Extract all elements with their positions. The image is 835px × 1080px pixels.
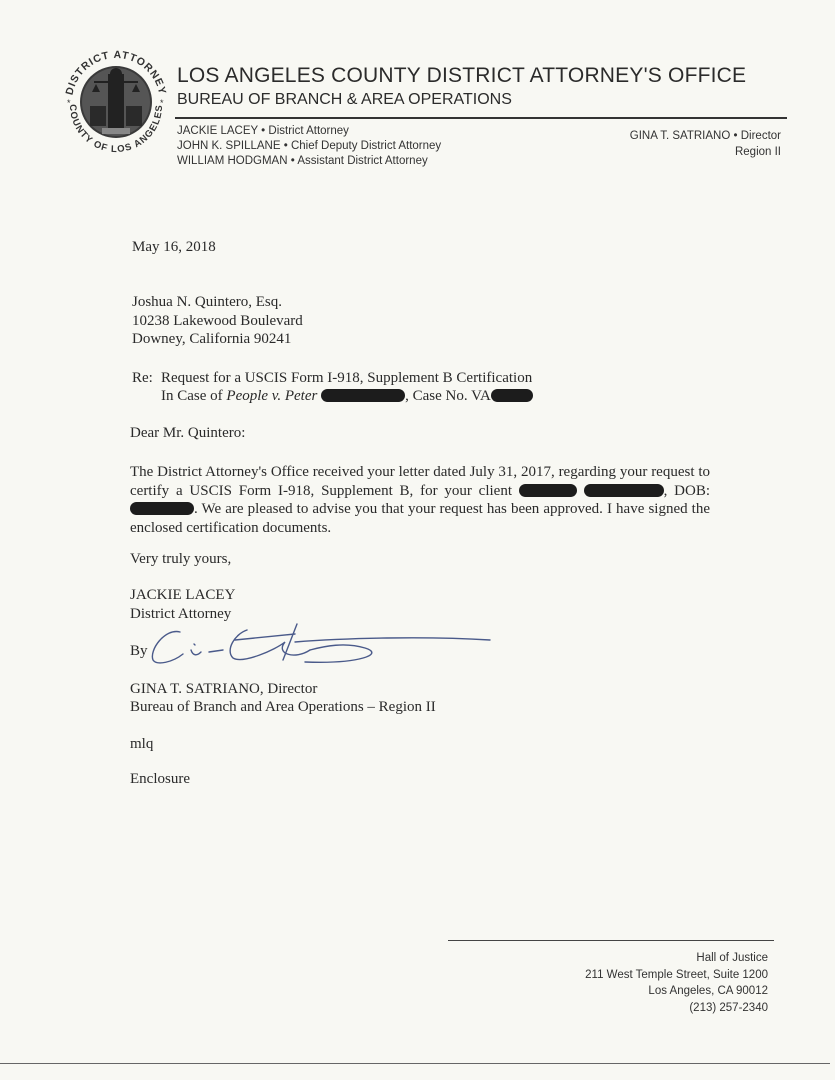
letter-date: May 16, 2018 bbox=[132, 239, 216, 256]
signatory-name: GINA T. SATRIANO, Director bbox=[130, 681, 317, 698]
redacted-client-last-name bbox=[584, 484, 664, 497]
recipient-address: Joshua N. Quintero, Esq. 10238 Lakewood … bbox=[132, 293, 303, 349]
director-block: GINA T. SATRIANO • Director Region II bbox=[630, 128, 781, 160]
footer-building: Hall of Justice bbox=[585, 950, 768, 967]
svg-text:*: * bbox=[67, 98, 71, 108]
body-paragraph: The District Attorney's Office received … bbox=[130, 463, 710, 537]
recipient-street: 10238 Lakewood Boulevard bbox=[132, 312, 303, 331]
svg-text:*: * bbox=[160, 98, 164, 108]
letterhead-divider bbox=[175, 117, 787, 119]
closing: Very truly yours, bbox=[130, 551, 231, 568]
letter-page: DISTRICT ATTORNEY COUNTY OF LOS ANGELES … bbox=[0, 0, 835, 1080]
signatory-department: Bureau of Branch and Area Operations – R… bbox=[130, 699, 436, 716]
staff-line-chief-deputy: JOHN K. SPILLANE • Chief Deputy District… bbox=[177, 140, 441, 152]
footer-phone: (213) 257-2340 bbox=[585, 1000, 768, 1017]
director-region: Region II bbox=[630, 144, 781, 160]
redacted-dob bbox=[130, 502, 194, 515]
district-attorney-seal-icon: DISTRICT ATTORNEY COUNTY OF LOS ANGELES … bbox=[58, 44, 174, 160]
bureau-name: BUREAU OF BRANCH & AREA OPERATIONS bbox=[177, 91, 512, 109]
office-title: LOS ANGELES COUNTY DISTRICT ATTORNEY'S O… bbox=[177, 64, 746, 88]
case-name: People v. Peter bbox=[226, 388, 317, 404]
redacted-surname bbox=[321, 389, 405, 402]
re-case-line: In Case of People v. Peter , Case No. VA bbox=[161, 388, 533, 405]
footer-street: 211 West Temple Street, Suite 1200 bbox=[585, 967, 768, 984]
footer-address: Hall of Justice 211 West Temple Street, … bbox=[585, 950, 768, 1016]
redacted-case-number bbox=[491, 389, 533, 402]
recipient-name: Joshua N. Quintero, Esq. bbox=[132, 293, 303, 312]
staff-line-assistant-da: WILLIAM HODGMAN • Assistant District Att… bbox=[177, 155, 428, 167]
signature-icon bbox=[145, 620, 495, 670]
typist-initials: mlq bbox=[130, 736, 153, 753]
re-label: Re: bbox=[132, 370, 153, 387]
enclosure-note: Enclosure bbox=[130, 771, 190, 788]
redacted-client-first-name bbox=[519, 484, 577, 497]
signer-name: JACKIE LACEY bbox=[130, 587, 235, 604]
footer-city: Los Angeles, CA 90012 bbox=[585, 983, 768, 1000]
salutation: Dear Mr. Quintero: bbox=[130, 425, 245, 442]
re-subject: Request for a USCIS Form I-918, Suppleme… bbox=[161, 370, 532, 387]
page-bottom-edge bbox=[0, 1063, 830, 1064]
footer-divider bbox=[448, 940, 774, 941]
recipient-city: Downey, California 90241 bbox=[132, 330, 303, 349]
staff-line-district-attorney: JACKIE LACEY • District Attorney bbox=[177, 125, 349, 137]
